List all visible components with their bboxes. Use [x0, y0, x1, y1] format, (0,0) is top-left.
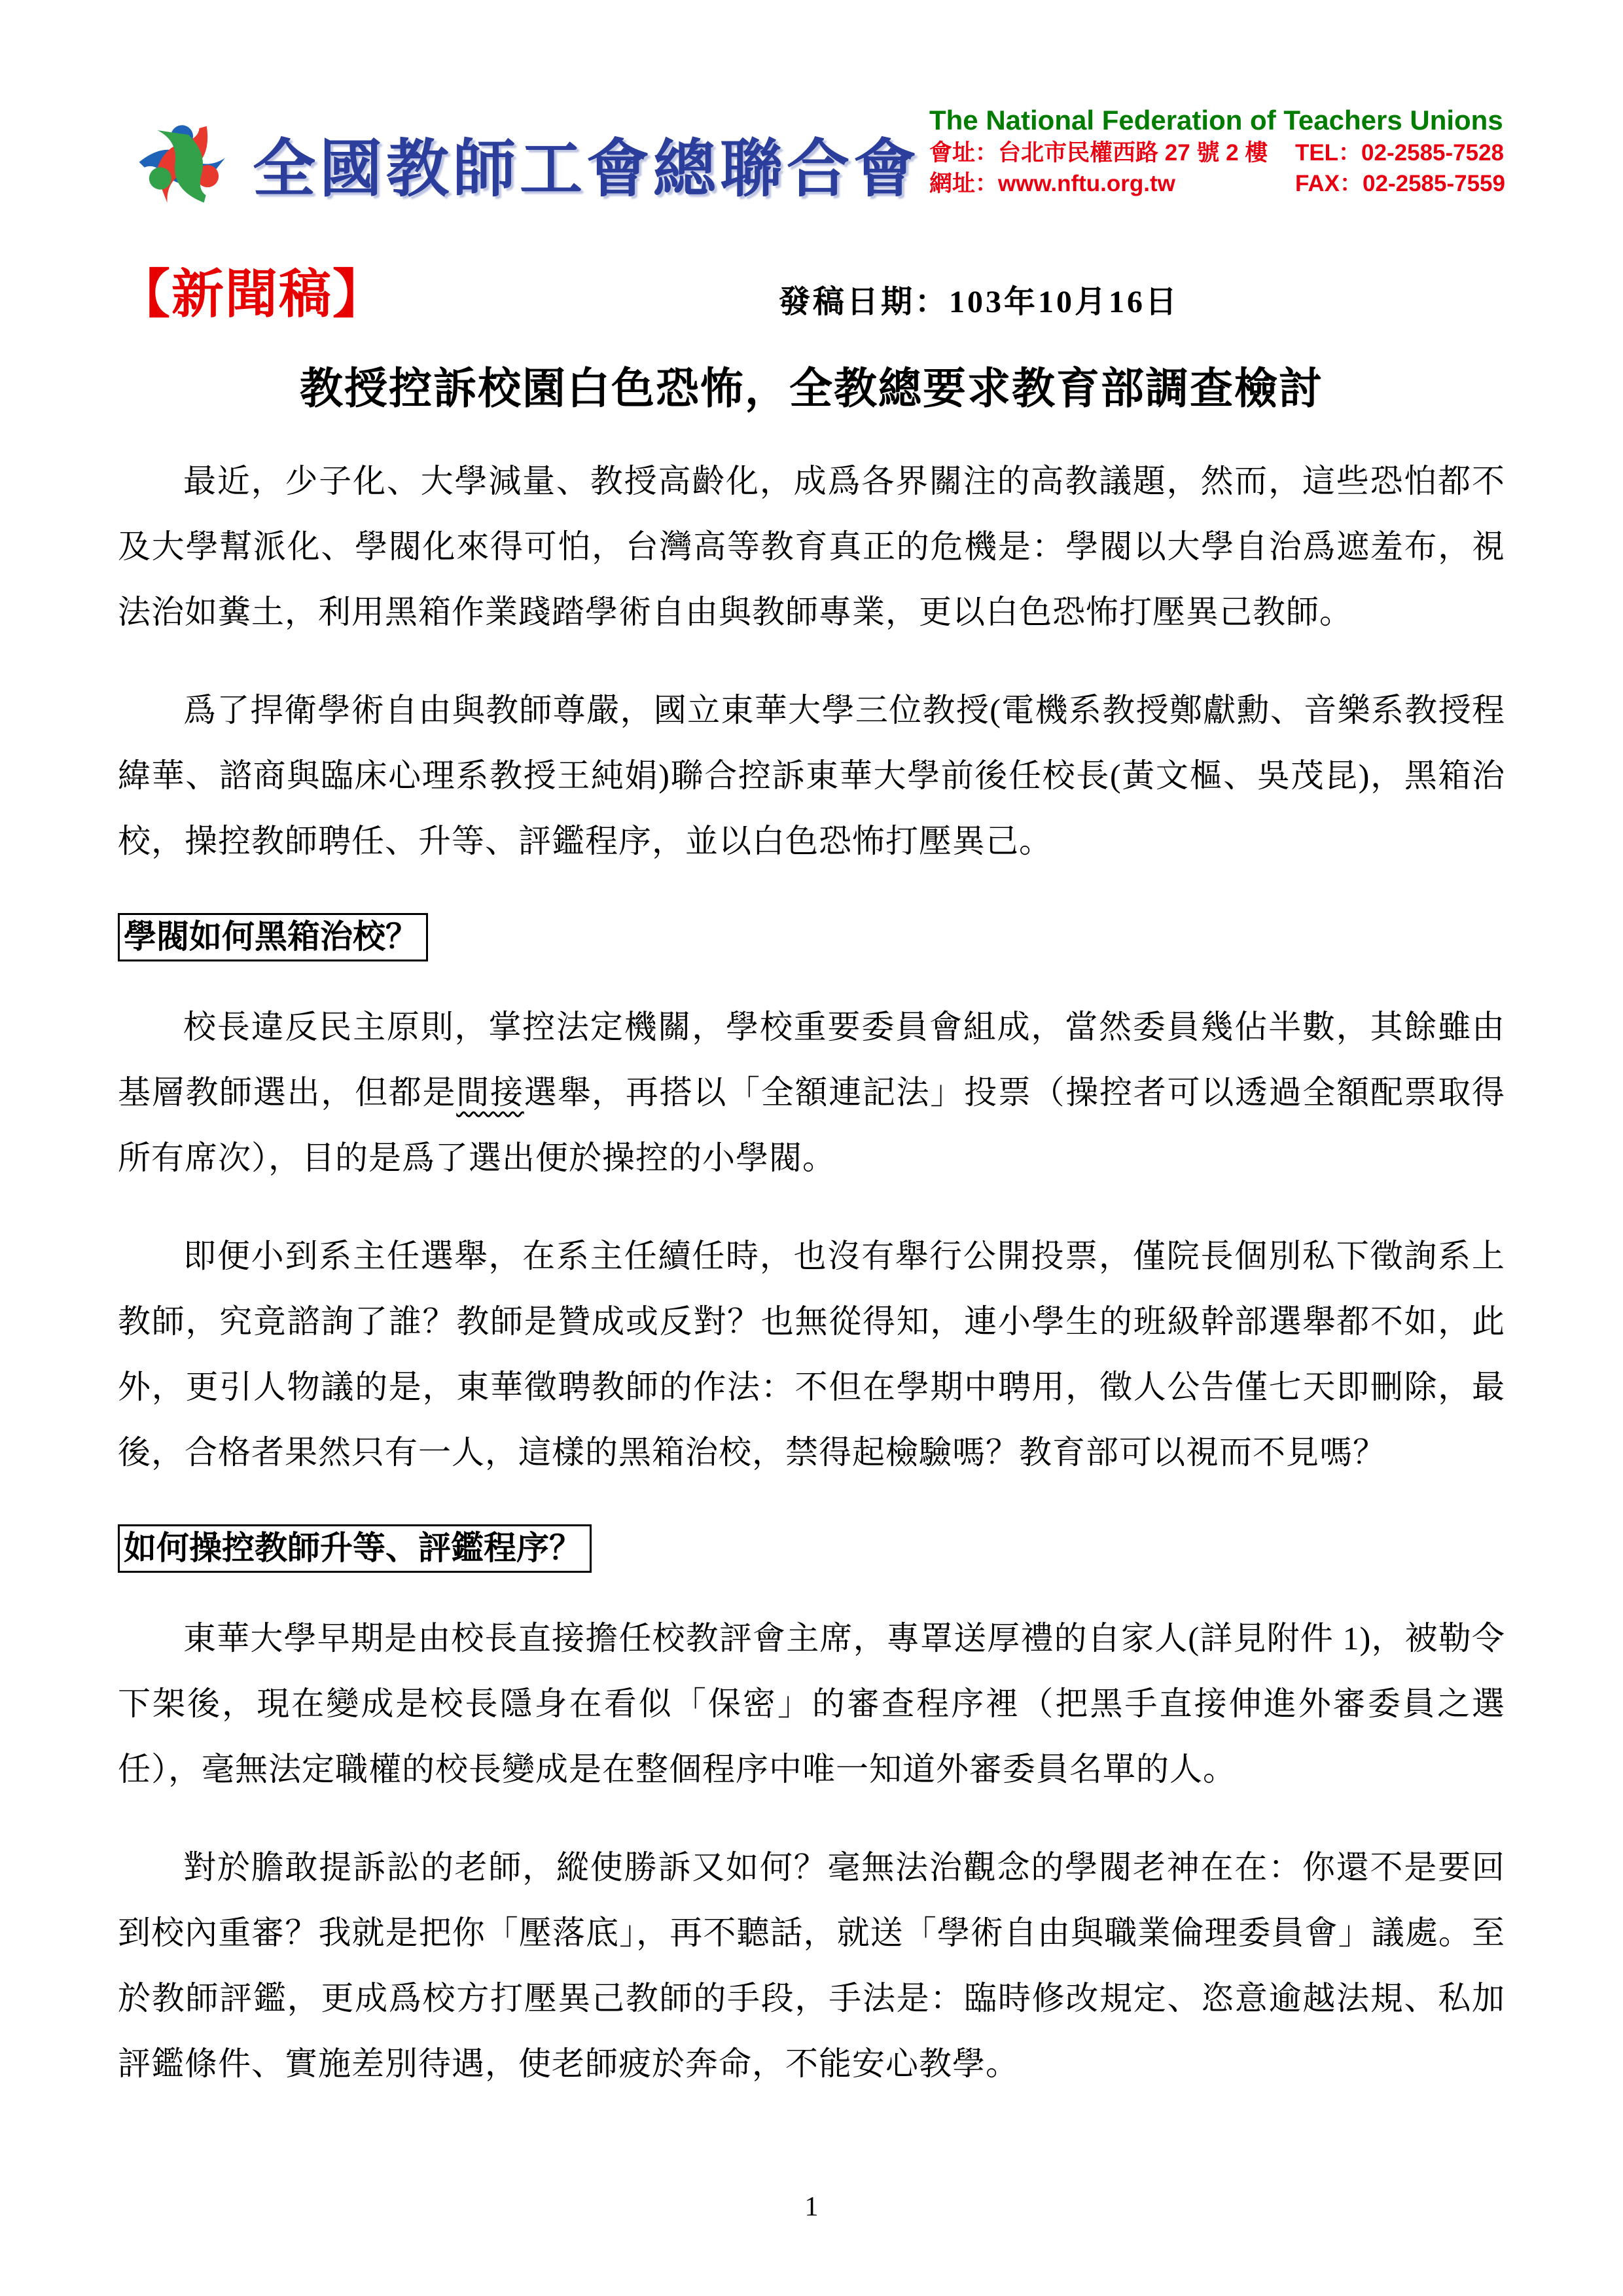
tel-line: TEL：02-2585-7528: [1295, 137, 1505, 168]
section-heading-row-2: 如何操控教師升等、評鑑程序？: [118, 1524, 1505, 1573]
contact-grid: 會址：台北市民權西路 27 號 2 樓 TEL：02-2585-7528 網址：…: [929, 137, 1505, 199]
section-heading-2: 如何操控教師升等、評鑑程序？: [118, 1524, 592, 1573]
paragraph-4: 即便小到系主任選舉，在系主任續任時，也沒有舉行公開投票，僅院長個別私下徵詢系上教…: [118, 1223, 1505, 1485]
paragraph-6: 對於膽敢提訴訟的老師，縱使勝訴又如何？毫無法治觀念的學閥老神在在：你還不是要回到…: [118, 1835, 1505, 2096]
paragraph-1: 最近，少子化、大學減量、教授高齡化，成爲各界關注的高教議題，然而，這些恐怕都不及…: [118, 448, 1505, 645]
document-page: 全國教師工會總聯合會 The National Federation of Te…: [0, 0, 1623, 2296]
press-release-badge: 【新聞稿】: [118, 252, 386, 327]
paragraph-2: 爲了捍衛學術自由與教師尊嚴，國立東華大學三位教授(電機系教授鄭獻勳、音樂系教授程…: [118, 677, 1505, 874]
fax-line: FAX：02-2585-7559: [1295, 168, 1505, 199]
nftu-three-figures-logo-icon: [118, 98, 249, 229]
org-name-en: The National Federation of Teachers Unio…: [929, 103, 1505, 137]
section-heading-1: 學閥如何黑箱治校？: [118, 913, 428, 961]
contact-block: The National Federation of Teachers Unio…: [929, 98, 1505, 199]
release-date: 發稿日期：103年10月16日: [779, 276, 1179, 321]
address-line: 會址：台北市民權西路 27 號 2 樓: [929, 137, 1279, 168]
press-release-row: 【新聞稿】 發稿日期：103年10月16日: [118, 252, 1505, 314]
document-title: 教授控訴校園白色恐怖，全教總要求教育部調查檢討: [118, 353, 1505, 416]
logo-block: 全國教師工會總聯合會: [118, 98, 920, 229]
paragraph-5: 東華大學早期是由校長直接擔任校教評會主席，專罩送厚禮的自家人(詳見附件 1)，被…: [118, 1605, 1505, 1802]
paragraph-3: 校長違反民主原則，掌控法定機關，學校重要委員會組成，當然委員幾佔半數，其餘雖由基…: [118, 994, 1505, 1191]
letterhead: 全國教師工會總聯合會 The National Federation of Te…: [118, 98, 1505, 236]
website-line: 網址：www.nftu.org.tw: [929, 168, 1279, 199]
section-heading-row-1: 學閥如何黑箱治校？: [118, 913, 1505, 961]
spellcheck-wavy-underline: 間接: [456, 1074, 524, 1111]
page-number: 1: [0, 2191, 1623, 2223]
org-name-zh: 全國教師工會總聯合會: [253, 119, 920, 209]
